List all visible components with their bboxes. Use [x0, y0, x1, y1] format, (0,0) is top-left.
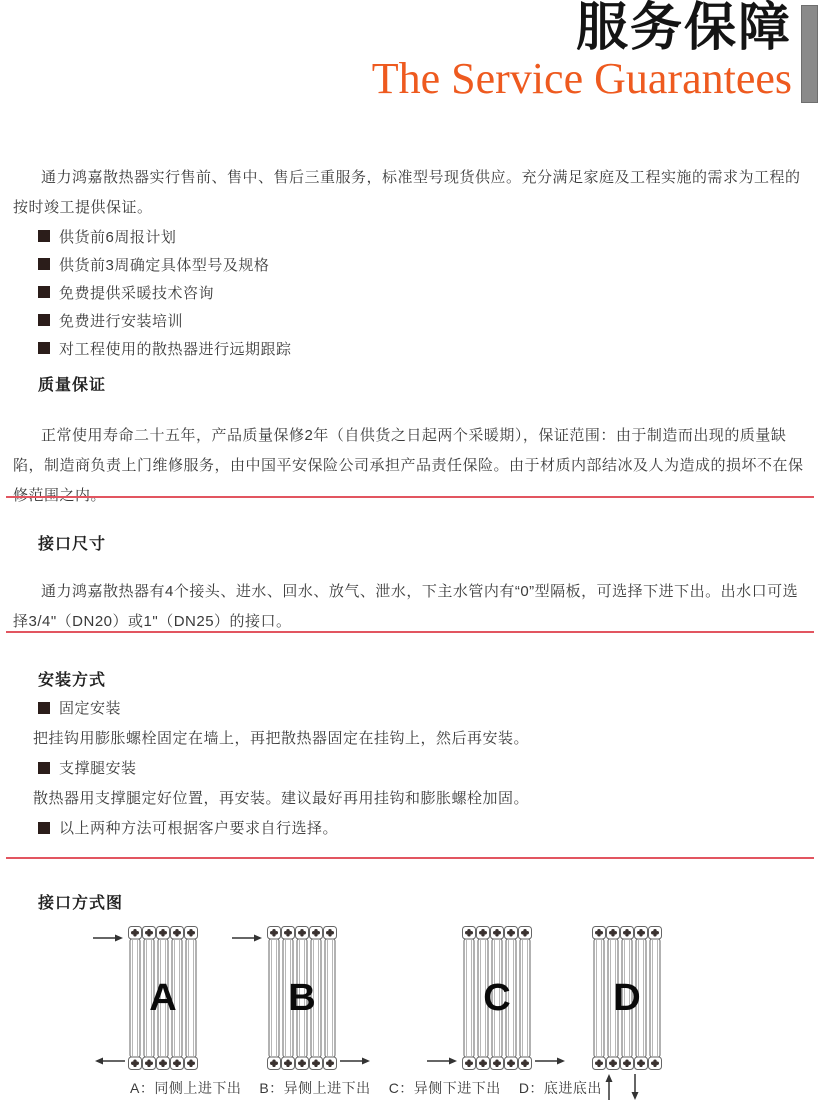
divider-rule: [6, 857, 814, 859]
caption-item: C：异侧下进下出: [389, 1080, 501, 1096]
install-text: 固定安装: [59, 697, 121, 718]
diagram-caption: A：同侧上进下出B：异侧上进下出C：异侧下进下出D：底进底出: [130, 1078, 620, 1098]
bullet-text: 免费进行安装培训: [59, 310, 183, 331]
svg-text:A: A: [149, 977, 176, 1019]
install-item: 把挂钩用膨胀螺栓固定在墙上，再把散热器固定在挂钩上，然后再安装。: [33, 727, 806, 748]
bullet-text: 对工程使用的散热器进行远期跟踪: [59, 338, 292, 359]
bullet-square-icon: [38, 314, 50, 326]
caption-item: B：异侧上进下出: [259, 1080, 370, 1096]
list-item: 对工程使用的散热器进行远期跟踪: [38, 334, 292, 362]
service-bullet-list: 供货前6周报计划 供货前3周确定具体型号及规格 免费提供采暖技术咨询 免费进行安…: [38, 222, 292, 362]
caption-item: A：同侧上进下出: [130, 1080, 241, 1096]
install-text: 支撑腿安装: [59, 757, 137, 778]
install-item: 散热器用支撑腿定好位置，再安装。建议最好再用挂钩和膨胀螺栓加固。: [33, 787, 806, 808]
install-text: 以上两种方法可根据客户要求自行选择。: [59, 817, 338, 838]
bullet-square-icon: [38, 342, 50, 354]
catalog-page: 服务保障 The Service Guarantees 通力鸿嘉散热器实行售前、…: [0, 0, 820, 1105]
svg-text:D: D: [613, 977, 640, 1019]
bullet-text: 免费提供采暖技术咨询: [59, 282, 214, 303]
install-item: 支撑腿安装: [33, 757, 806, 778]
list-item: 免费提供采暖技术咨询: [38, 278, 292, 306]
svg-text:C: C: [483, 977, 510, 1019]
bullet-square-icon: [38, 286, 50, 298]
divider-rule: [6, 631, 814, 633]
list-item: 供货前3周确定具体型号及规格: [38, 250, 292, 278]
bullet-text: 供货前6周报计划: [59, 226, 176, 247]
quality-heading: 质量保证: [38, 372, 106, 395]
page-title-english: The Service Guarantees: [372, 56, 792, 102]
install-text: 把挂钩用膨胀螺栓固定在墙上，再把散热器固定在挂钩上，然后再安装。: [33, 727, 529, 748]
bullet-square-icon: [38, 822, 50, 834]
install-text: 散热器用支撑腿定好位置，再安装。建议最好再用挂钩和膨胀螺栓加固。: [33, 787, 529, 808]
list-item: 免费进行安装培训: [38, 306, 292, 334]
diagram-heading: 接口方式图: [38, 890, 123, 913]
interface-paragraph: 通力鸿嘉散热器有4个接头、进水、回水、放气、泄水，下主水管内有“0”型隔板，可选…: [13, 577, 806, 637]
bullet-square-icon: [38, 762, 50, 774]
page-title-chinese: 服务保障: [372, 0, 792, 56]
svg-text:B: B: [288, 977, 315, 1019]
install-heading: 安装方式: [38, 667, 106, 690]
divider-rule: [6, 496, 814, 498]
interface-heading: 接口尺寸: [38, 531, 106, 554]
intro-paragraph: 通力鸿嘉散热器实行售前、售中、售后三重服务，标准型号现货供应。充分满足家庭及工程…: [13, 163, 806, 223]
install-item: 固定安装: [33, 697, 806, 718]
bullet-text: 供货前3周确定具体型号及规格: [59, 254, 269, 275]
install-item: 以上两种方法可根据客户要求自行选择。: [33, 817, 806, 838]
bullet-square-icon: [38, 258, 50, 270]
list-item: 供货前6周报计划: [38, 222, 292, 250]
header-gray-bar: [801, 5, 818, 103]
bullet-square-icon: [38, 702, 50, 714]
caption-item: D：底进底出: [519, 1080, 602, 1096]
page-header: 服务保障 The Service Guarantees: [372, 0, 792, 102]
bullet-square-icon: [38, 230, 50, 242]
